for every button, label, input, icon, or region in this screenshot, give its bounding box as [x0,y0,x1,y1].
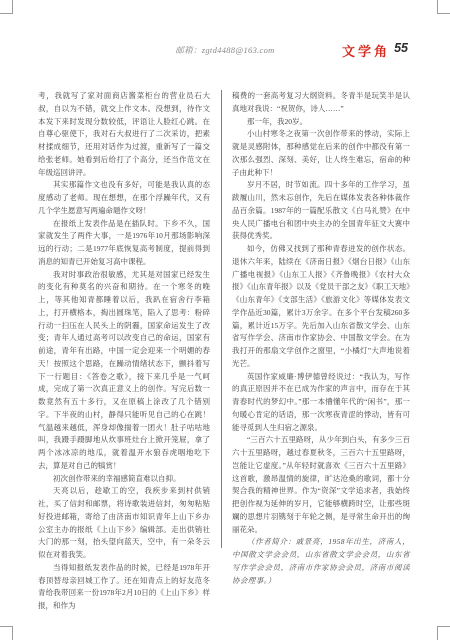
crop-mark-top-right [437,0,450,14]
column-divider-rule [221,90,222,548]
author-bio: （作者简介：戚景亮，1958年出生，济南人，中国散文学会会员，山东省散文学会会员… [232,536,410,587]
paragraph: “三百六十五里路呀，从少年到白头，有多少三百六十五里路呀，越过春夏秋冬，三百六十… [232,434,410,536]
paragraph: 岁月不居，时节如流。四十多年的工作学习，虽跋履山川，然未忘创作，先后在媒体发表各… [232,179,410,243]
paragraph: 当得知报纸发表作品的时候，已经是1978年开春顶替母亲回城工作了。还在知青点上的… [38,562,210,613]
paragraph: 我对时事政治很敏感，尤其是对国家已经发生的变化有种莫名的兴奋和期待。在一个寒冬的… [38,269,210,473]
page-header: 邮箱：zgtd4488@163.com 文学角 55 [0,44,450,62]
paragraph: 初次创作带来的幸福感简直难以自抑。 [38,473,210,486]
paragraph: 稿费的一套高考复习大纲资料。冬青半是玩笑半是认真地对我说：“祝贺你，诗人……” [232,90,410,116]
section-title: 文学角 [342,41,390,60]
left-column: 考，我就写了家对面商店酱菜柜台的营业员石大叔，自以为不错，就交上作文本。没想到，… [38,90,210,613]
paragraph: 考，我就写了家对面商店酱菜柜台的营业员石大叔，自以为不错，就交上作文本。没想到，… [38,90,210,179]
right-column: 稿费的一套高考复习大纲资料。冬青半是玩笑半是认真地对我说：“祝贺你，诗人……” … [232,90,410,613]
paragraph: 在报纸上发表作品是在插队时。下乡不久，国家就发生了两件大事，一是1976年10月… [38,218,210,269]
crop-mark-bottom-right [437,626,450,640]
paragraph: 那一年，我20岁。 [232,116,410,129]
paragraph: 英国作家威廉·博伊德曾经说过：“我认为，写作的真正原因并不在已成为作家的声言中，… [232,371,410,435]
paragraph: 天亮以后，趁歇工的空，我疾步来到村供销社，买了信封和邮票，将诗歌装进信封，匆匆粘… [38,485,210,562]
crop-mark-top-left [0,0,13,14]
page-number: 55 [394,41,408,55]
crop-mark-bottom-left [0,626,13,640]
paragraph: 其实那篇作文也没有多好，可能是我认真的态度感动了老师。现在想想，在那个浮躁年代，… [38,179,210,217]
paragraph: 如今，仿佛又找到了那种青春迸发的创作状态。退休六年来，陆续在《济南日报》《烟台日… [232,243,410,371]
article-body: 考，我就写了家对面商店酱菜柜台的营业员石大叔，自以为不错，就交上作文本。没想到，… [38,90,412,613]
paragraph: 小山村寒冬之夜第一次创作带来的悸动，实际上就是灵感附体，那种感觉在后来的创作中都… [232,128,410,179]
